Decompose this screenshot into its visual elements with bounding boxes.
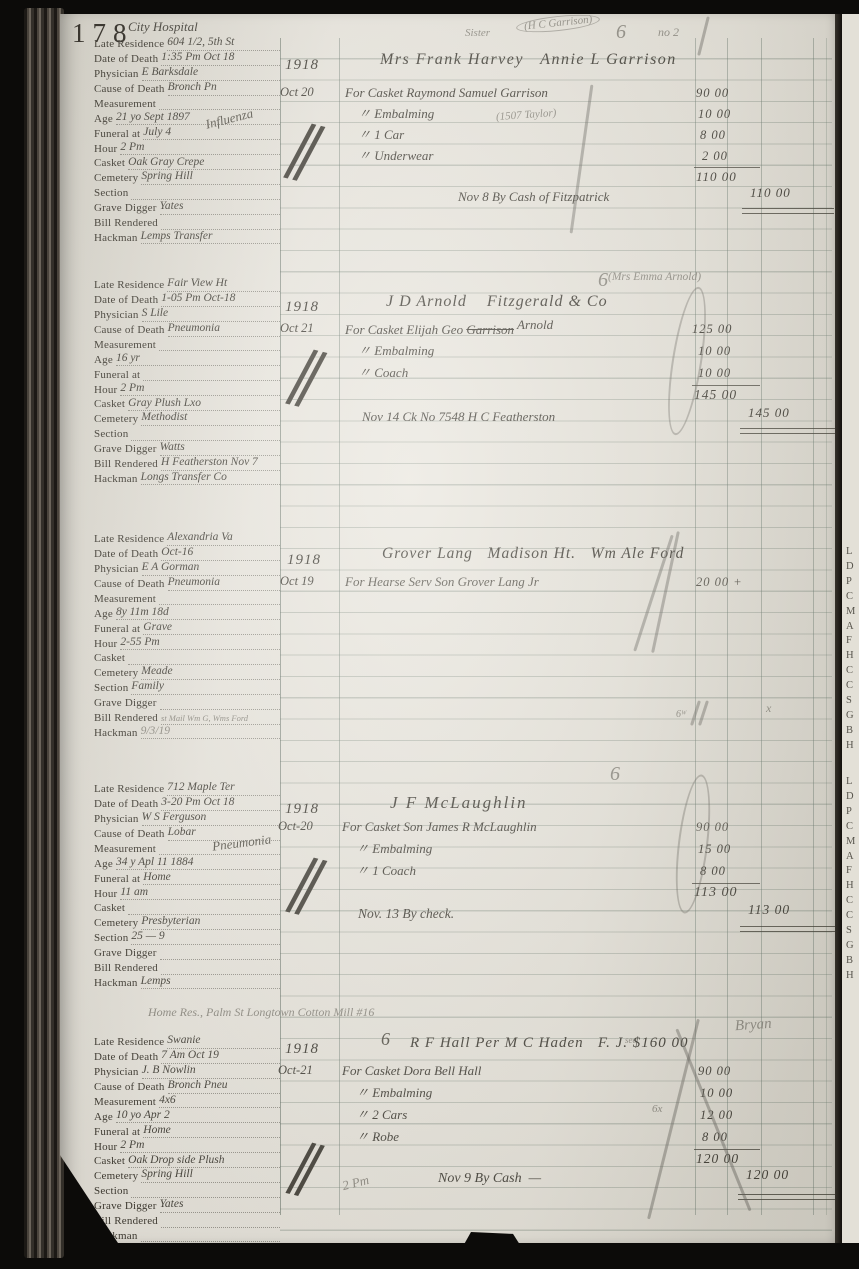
field-row: Funeral atHome xyxy=(94,870,280,885)
pencil-note: Sister xyxy=(465,28,490,39)
field-label: Hour xyxy=(94,144,117,156)
pencil-count-note: 6x xyxy=(652,1104,662,1115)
charge-amount: 2 00 xyxy=(702,150,728,163)
field-label: Cause of Death xyxy=(94,829,165,841)
field-label: Measurement xyxy=(94,594,156,606)
form-fields: Late ResidenceSwanie Date of Death7 Am O… xyxy=(94,1034,280,1242)
field-value: Alexandria Va xyxy=(167,532,280,546)
deceased-name: J D Arnold Fitzgerald & Co xyxy=(386,294,608,310)
field-label: Funeral at xyxy=(94,874,140,886)
payment-amount: 113 00 xyxy=(748,903,790,917)
next-page-label-initials: L D P C M A F H C C S G B H xyxy=(846,545,855,754)
deceased-name: Grover Lang Madison Ht. Wm Ale Ford xyxy=(382,546,684,562)
field-label: Cause of Death xyxy=(94,1082,165,1094)
charge-desc: 〃 Embalming xyxy=(356,1086,432,1099)
field-row: Funeral atJuly 4 xyxy=(94,125,280,140)
field-row: Bill Renderedst Mail Wm G, Wms Ford xyxy=(94,710,280,725)
field-label: Cemetery xyxy=(94,173,138,185)
edge-rule xyxy=(826,38,827,1215)
form-fields: Late Residence712 Maple Ter Date of Deat… xyxy=(94,781,280,989)
pencil-six-w-mark: 6ᵂ xyxy=(676,710,687,720)
field-value: 7 Am Oct 19 xyxy=(161,1050,280,1064)
field-label: Grave Digger xyxy=(94,1201,157,1213)
field-row: Date of Death3-20 Pm Oct 18 xyxy=(94,796,280,811)
field-value xyxy=(159,349,280,351)
field-value: Watts xyxy=(160,442,280,456)
charge-desc: For Casket Son James R McLaughlin xyxy=(342,820,537,833)
field-label: Bill Rendered xyxy=(94,218,158,230)
field-row: Grave DiggerYates xyxy=(94,200,280,215)
field-label: Funeral at xyxy=(94,624,140,636)
charge-amount: 8 00 xyxy=(702,1131,728,1144)
next-page-label-initials: L D P C M A F H C C S G B H xyxy=(846,775,855,984)
field-label: Date of Death xyxy=(94,549,158,561)
amount-column-rule xyxy=(695,38,696,1215)
field-row: Late ResidenceFair View Ht xyxy=(94,277,280,292)
field-value: Swanie xyxy=(167,1035,280,1049)
field-value: 2-55 Pm xyxy=(120,637,280,651)
field-row: Measurement xyxy=(94,337,280,352)
payment-amount: 110 00 xyxy=(750,186,791,199)
field-label: Hour xyxy=(94,385,117,397)
entry-total: 120 00 xyxy=(696,1152,739,1166)
double-rule xyxy=(740,428,835,434)
charge-desc: 〃 1 Coach xyxy=(356,864,416,877)
charge-desc-text: For Casket Elijah Geo xyxy=(345,322,466,337)
field-value: 4x6 xyxy=(159,1095,280,1109)
field-value: Lemps Transfer xyxy=(141,231,280,245)
field-value: Spring Hill xyxy=(141,171,280,185)
field-row: Cause of DeathPneumonia xyxy=(94,576,280,591)
field-label: Late Residence xyxy=(94,784,164,796)
field-value: 2 Pm xyxy=(120,383,280,397)
entry-total: 113 00 xyxy=(694,886,737,900)
field-row: HackmanLemps xyxy=(94,975,280,990)
field-value: Yates xyxy=(160,201,280,215)
field-row: Hour11 am xyxy=(94,885,280,900)
field-row: CasketGray Plush Lxo xyxy=(94,396,280,411)
field-value: Bronch Pn xyxy=(168,82,280,96)
field-label: Late Residence xyxy=(94,1037,164,1049)
field-row: PhysicianS Lile xyxy=(94,307,280,322)
entry-date: Oct 21 xyxy=(280,322,314,335)
field-row: Hour2-55 Pm xyxy=(94,635,280,650)
payment-amount: 120 00 xyxy=(746,1168,789,1182)
field-value: Home xyxy=(143,872,280,886)
field-row: Bill Rendered xyxy=(94,960,280,975)
field-value: 3-20 Pm Oct 18 xyxy=(161,797,280,811)
field-row: Grave DiggerYates xyxy=(94,1198,280,1213)
field-value: 21 yo Sept 1897 xyxy=(116,112,280,126)
field-label: Hackman xyxy=(94,1231,138,1243)
field-label: Section xyxy=(94,1186,128,1198)
field-row: PhysicianE A Gorman xyxy=(94,561,280,576)
field-value: Longs Transfer Co xyxy=(141,472,280,486)
field-label: Cemetery xyxy=(94,414,138,426)
field-label: Physician xyxy=(94,1067,139,1079)
corrected-name: Arnold xyxy=(514,317,553,332)
charge-amount: 20 00 + xyxy=(696,576,743,589)
field-value xyxy=(161,973,280,975)
field-label: Cemetery xyxy=(94,668,138,680)
field-row: Bill RenderedH Featherston Nov 7 xyxy=(94,456,280,471)
charge-amount: 90 00 xyxy=(698,1065,731,1078)
field-label: Casket xyxy=(94,158,125,170)
charge-amount: 8 00 xyxy=(700,129,726,142)
field-label: Grave Digger xyxy=(94,698,157,710)
field-value: Methodist xyxy=(141,412,280,426)
field-value xyxy=(131,198,280,200)
field-label: Casket xyxy=(94,399,125,411)
field-row: Measurement4x6 xyxy=(94,1094,280,1109)
field-value: 712 Maple Ter xyxy=(167,782,280,796)
field-row: Date of DeathOct-16 xyxy=(94,546,280,561)
field-label: Cause of Death xyxy=(94,579,165,591)
charge-desc: 〃 Embalming xyxy=(358,107,434,120)
field-row: Late ResidenceSwanie xyxy=(94,1034,280,1049)
field-label: Date of Death xyxy=(94,1052,158,1064)
field-value: Lemps xyxy=(141,976,280,990)
charge-desc: 〃 Coach xyxy=(358,366,408,379)
entry-date: Oct-20 xyxy=(278,820,313,833)
pencil-note: no 2 xyxy=(658,26,679,38)
field-value: Pneumonia xyxy=(168,577,280,591)
field-row: Hackman9/3/19 xyxy=(94,725,280,740)
field-row: HackmanLemps Transfer xyxy=(94,230,280,245)
form-fields: Late ResidenceFair View Ht Date of Death… xyxy=(94,277,280,485)
payment-note: Nov 9 By Cash — xyxy=(438,1172,541,1186)
field-row: Cause of DeathPneumonia xyxy=(94,322,280,337)
field-value: 604 1/2, 5th St xyxy=(167,37,280,51)
home-res-pencil-note: Home Res., Palm St Longtown Cotton Mill … xyxy=(148,1006,374,1018)
field-row: Casket xyxy=(94,650,280,665)
field-value: 8y 11m 18d xyxy=(116,607,280,621)
field-label: Grave Digger xyxy=(94,948,157,960)
charge-desc: 〃 Robe xyxy=(356,1130,399,1143)
field-label: Cause of Death xyxy=(94,325,165,337)
column-rule xyxy=(280,38,281,1215)
field-label: Cemetery xyxy=(94,918,138,930)
field-value: 1:35 Pm Oct 18 xyxy=(161,52,280,66)
field-label: Age xyxy=(94,609,113,621)
field-label: Hackman xyxy=(94,233,138,245)
field-label: Hackman xyxy=(94,728,138,740)
field-value xyxy=(159,603,280,605)
pencil-six-mark: 6 xyxy=(616,22,626,42)
field-label: Casket xyxy=(94,903,125,915)
charge-desc: 〃 Embalming xyxy=(358,344,434,357)
field-row: Late ResidenceAlexandria Va xyxy=(94,531,280,546)
field-row: Age10 yo Apr 2 xyxy=(94,1108,280,1123)
field-value: Oak Drop side Plush xyxy=(128,1155,280,1169)
field-row: Funeral at xyxy=(94,366,280,381)
charge-desc: For Hearse Serv Son Grover Lang Jr xyxy=(345,575,539,588)
field-label: Hour xyxy=(94,889,117,901)
field-value xyxy=(131,439,280,441)
field-value xyxy=(160,708,280,710)
field-row: Casket xyxy=(94,900,280,915)
field-row: Age8y 11m 18d xyxy=(94,605,280,620)
payment-note: Nov. 13 By check. xyxy=(358,907,454,921)
field-row: PhysicianW S Ferguson xyxy=(94,811,280,826)
field-row: Date of Death7 Am Oct 19 xyxy=(94,1049,280,1064)
form-fields: Late ResidenceAlexandria Va Date of Deat… xyxy=(94,531,280,739)
field-row: Late Residence712 Maple Ter xyxy=(94,781,280,796)
pencil-six-mark: 6 xyxy=(610,764,620,784)
field-value: E A Gorman xyxy=(142,562,280,576)
pencil-x-mark: x xyxy=(766,702,771,714)
field-label: Casket xyxy=(94,653,125,665)
field-label: Hackman xyxy=(94,978,138,990)
field-row: Grave Digger xyxy=(94,945,280,960)
field-label: Age xyxy=(94,355,113,367)
field-label: Casket xyxy=(94,1156,125,1168)
charge-desc: For Casket Raymond Samuel Garrison xyxy=(345,86,548,99)
deceased-name: J F McLaughlin xyxy=(390,794,528,811)
field-value: Oak Gray Crepe xyxy=(128,157,280,171)
field-label: Section xyxy=(94,429,128,441)
field-value-pencil: 9/3/19 xyxy=(141,726,280,740)
field-value: Gray Plush Lxo xyxy=(128,398,280,412)
field-row: Hackman xyxy=(94,1228,280,1243)
entry-date: Oct 20 xyxy=(280,86,314,99)
field-row: Date of Death1:35 Pm Oct 18 xyxy=(94,51,280,66)
field-label: Measurement xyxy=(94,1097,156,1109)
field-label: Physician xyxy=(94,564,139,576)
field-value: 2 Pm xyxy=(120,142,280,156)
entry-date: Oct 19 xyxy=(280,575,314,588)
field-row: CasketOak Drop side Plush xyxy=(94,1153,280,1168)
field-label: Physician xyxy=(94,814,139,826)
field-value xyxy=(161,1226,280,1228)
charge-amount: 12 00 xyxy=(700,1109,733,1122)
torn-edge-notch xyxy=(462,1232,522,1248)
field-row: SectionFamily xyxy=(94,680,280,695)
field-label: Bill Rendered xyxy=(94,963,158,975)
field-row: Hour2 Pm xyxy=(94,381,280,396)
field-row: Date of Death1-05 Pm Oct-18 xyxy=(94,292,280,307)
page-stack-edge xyxy=(24,8,64,1258)
charge-amount: 10 00 xyxy=(698,108,731,121)
field-value: Home xyxy=(143,1125,280,1139)
double-rule xyxy=(740,926,835,932)
charge-desc: For Casket Dora Bell Hall xyxy=(342,1064,481,1077)
field-label: Physician xyxy=(94,310,139,322)
entry-total: 145 00 xyxy=(694,388,737,402)
residence-annotation: City Hospital xyxy=(128,20,198,33)
next-page-sliver: L D P C M A F H C C S G B H L D P C M A … xyxy=(842,14,859,1243)
field-label: Section xyxy=(94,933,128,945)
field-value: 34 y Apl 11 1884 xyxy=(116,857,280,871)
field-row: Grave DiggerWatts xyxy=(94,441,280,456)
field-value-pencil: st Mail Wm G, Wms Ford xyxy=(161,714,280,725)
pencil-note-circled: (H C Garrison) xyxy=(515,12,601,36)
field-label: Measurement xyxy=(94,99,156,111)
field-label: Section xyxy=(94,188,128,200)
payment-amount: 145 00 xyxy=(748,406,790,419)
field-label: Hour xyxy=(94,1142,117,1154)
double-rule xyxy=(742,208,834,214)
field-label: Bill Rendered xyxy=(94,459,158,471)
date-column-rule xyxy=(339,38,340,1215)
field-value: Family xyxy=(131,681,280,695)
margin-rule xyxy=(813,38,814,1215)
charge-amount: 90 00 xyxy=(696,87,729,100)
field-value: W S Ferguson xyxy=(142,812,280,826)
field-row: CemeteryMeade xyxy=(94,665,280,680)
field-row: CasketOak Gray Crepe xyxy=(94,155,280,170)
field-label: Grave Digger xyxy=(94,203,157,215)
field-row: Section xyxy=(94,426,280,441)
sum-line xyxy=(692,883,760,884)
entry-year: 1918 xyxy=(285,300,319,315)
field-row: Age34 y Apl 11 1884 xyxy=(94,855,280,870)
charge-desc: 〃 2 Cars xyxy=(356,1108,407,1121)
double-rule xyxy=(738,1194,838,1200)
field-row: PhysicianJ. B Nowlin xyxy=(94,1064,280,1079)
ledger-page: 178 City Hospital Late Residence604 1/2,… xyxy=(60,14,836,1243)
total-column-rule xyxy=(761,38,762,1215)
field-value: Spring Hill xyxy=(141,1169,280,1183)
entry-year: 1918 xyxy=(287,553,321,568)
charge-desc: 〃 1 Car xyxy=(358,128,404,141)
field-label: Late Residence xyxy=(94,280,164,292)
field-value: Bronch Pneu xyxy=(168,1080,280,1094)
field-label: Date of Death xyxy=(94,799,158,811)
field-row: Funeral atHome xyxy=(94,1123,280,1138)
field-value xyxy=(143,379,280,381)
field-label: Measurement xyxy=(94,340,156,352)
field-row: Grave Digger xyxy=(94,695,280,710)
ledger-ruling xyxy=(280,38,832,1242)
entry-year: 1918 xyxy=(285,58,319,73)
field-row: Bill Rendered xyxy=(94,215,280,230)
field-value: Yates xyxy=(160,1199,280,1213)
field-label: Date of Death xyxy=(94,295,158,307)
field-label: Age xyxy=(94,1112,113,1124)
field-row: Hour2 Pm xyxy=(94,140,280,155)
entry-total: 110 00 xyxy=(696,170,737,183)
field-label: Funeral at xyxy=(94,370,140,382)
field-value: Presbyterian xyxy=(141,916,280,930)
field-row: Hour2 Pm xyxy=(94,1138,280,1153)
payment-note: Nov 14 Ck No 7548 H C Featherston xyxy=(362,410,555,423)
field-label: Age xyxy=(94,859,113,871)
field-row: Funeral atGrave xyxy=(94,620,280,635)
field-value: Fair View Ht xyxy=(167,278,280,292)
field-label: Hour xyxy=(94,639,117,651)
cents-column-rule xyxy=(727,38,728,1215)
field-label: Hackman xyxy=(94,474,138,486)
field-row: Age16 yr xyxy=(94,351,280,366)
field-value xyxy=(141,1240,280,1242)
field-row: Section25 — 9 xyxy=(94,930,280,945)
field-label: Section xyxy=(94,683,128,695)
deceased-name: R F Hall Per M C Haden F. J. $160 00 xyxy=(410,1036,689,1051)
struck-name: Garrison xyxy=(466,322,514,337)
field-value: H Featherston Nov 7 xyxy=(161,457,280,471)
field-label: Late Residence xyxy=(94,534,164,546)
field-label: Bill Rendered xyxy=(94,1216,158,1228)
field-row: CemeterySpring Hill xyxy=(94,170,280,185)
field-row: Section xyxy=(94,1183,280,1198)
charge-desc: For Casket Elijah Geo Garrison Arnold xyxy=(345,322,553,338)
field-value: Oct-16 xyxy=(161,547,280,561)
field-label: Funeral at xyxy=(94,1127,140,1139)
field-label: Funeral at xyxy=(94,129,140,141)
field-label: Date of Death xyxy=(94,54,158,66)
field-value: 25 — 9 xyxy=(131,931,280,945)
field-value: 10 yo Apr 2 xyxy=(116,1110,280,1124)
field-label: Age xyxy=(94,114,113,126)
field-value: Meade xyxy=(141,666,280,680)
pencil-bryan-note: Bryan xyxy=(735,1017,773,1035)
field-value: 2 Pm xyxy=(120,1140,280,1154)
field-row: CemeteryMethodist xyxy=(94,411,280,426)
field-label: Cause of Death xyxy=(94,84,165,96)
payment-note: Nov 8 By Cash of Fitzpatrick xyxy=(458,190,609,203)
deceased-name: Mrs Frank Harvey Annie L Garrison xyxy=(380,52,677,68)
entry-date: Oct-21 xyxy=(278,1064,313,1077)
field-label: Cemetery xyxy=(94,1171,138,1183)
field-row: PhysicianE Barksdale xyxy=(94,66,280,81)
charge-amount: 10 00 xyxy=(698,367,731,380)
sum-line xyxy=(694,167,760,168)
field-value: E Barksdale xyxy=(142,67,280,81)
form-fields: Late Residence604 1/2, 5th St Date of De… xyxy=(94,36,280,244)
charge-desc: 〃 Underwear xyxy=(358,149,433,162)
scanned-ledger-photo: 178 City Hospital Late Residence604 1/2,… xyxy=(0,0,859,1269)
field-row: CemeteryPresbyterian xyxy=(94,915,280,930)
charge-desc: 〃 Embalming xyxy=(356,842,432,855)
entry-year: 1918 xyxy=(285,802,319,817)
field-value: 1-05 Pm Oct-18 xyxy=(161,293,280,307)
field-label: Measurement xyxy=(94,844,156,856)
field-label: Bill Rendered xyxy=(94,713,158,725)
field-value: 11 am xyxy=(120,887,280,901)
field-row: CemeterySpring Hill xyxy=(94,1168,280,1183)
entry-year: 1918 xyxy=(285,1042,319,1057)
page-gap-shadow xyxy=(835,14,842,1243)
field-row: Measurement xyxy=(94,96,280,111)
field-row: HackmanLongs Transfer Co xyxy=(94,471,280,486)
sum-line xyxy=(692,385,760,386)
field-value: Pneumonia xyxy=(168,323,280,337)
field-row: Measurement xyxy=(94,591,280,606)
field-row: Late Residence604 1/2, 5th St xyxy=(94,36,280,51)
field-label: Late Residence xyxy=(94,39,164,51)
field-value xyxy=(131,1196,280,1198)
field-row: Cause of DeathBronch Pneu xyxy=(94,1079,280,1094)
field-value xyxy=(160,958,280,960)
field-value: J. B Nowlin xyxy=(142,1065,280,1079)
field-value: 16 yr xyxy=(116,353,280,367)
field-row: Cause of DeathBronch Pn xyxy=(94,81,280,96)
field-label: Physician xyxy=(94,69,139,81)
field-row: Section xyxy=(94,185,280,200)
ink-six-mark: 6 xyxy=(381,1030,390,1048)
field-label: Grave Digger xyxy=(94,444,157,456)
field-row: Bill Rendered xyxy=(94,1213,280,1228)
field-value: S Lile xyxy=(142,308,280,322)
field-value: Grave xyxy=(143,622,280,636)
pencil-note: (Mrs Emma Arnold) xyxy=(608,272,701,284)
pencil-six-mark: 6 xyxy=(598,270,608,290)
